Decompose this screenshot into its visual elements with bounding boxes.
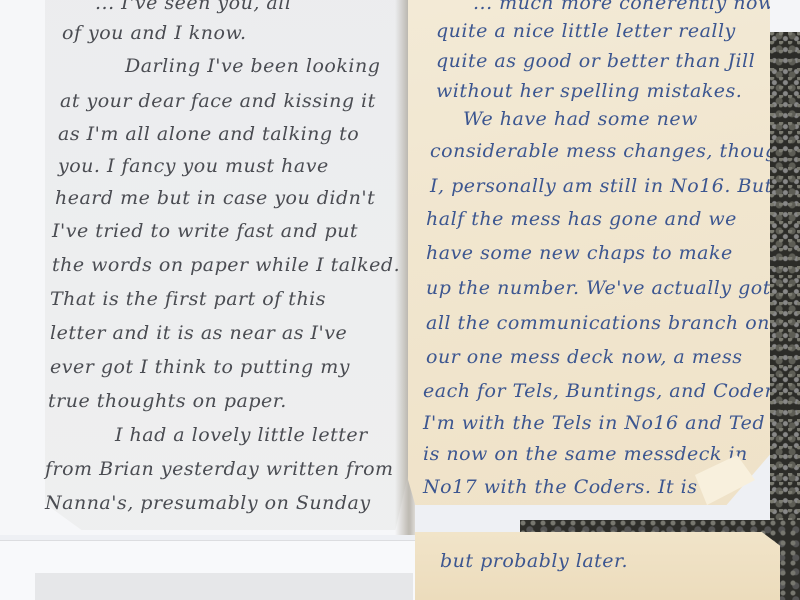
- granite-surface: [770, 32, 800, 600]
- letter-line: half the mess has gone and we: [426, 208, 737, 230]
- letter-line: No17 with the Coders. It is g: [423, 476, 717, 498]
- letter-line: ever got I think to putting my: [50, 356, 350, 378]
- letter-line: from Brian yesterday written from: [45, 458, 394, 480]
- letter-line: Darling I've been looking: [125, 55, 380, 77]
- letter-line: is now on the same messdeck in: [423, 443, 748, 465]
- letter-line: Nanna's, presumably on Sunday: [45, 492, 371, 514]
- letter-line: I've tried to write fast and put: [52, 220, 358, 242]
- letter-line: but probably later.: [440, 550, 628, 572]
- letter-line: all the communications branch on: [426, 312, 770, 334]
- letter-line: the words on paper while I talked.: [52, 254, 400, 276]
- letter-line: That is the first part of this: [50, 288, 326, 310]
- photocopy-area: [35, 573, 413, 600]
- letter-page-lower-left: [0, 540, 415, 600]
- letter-line: of you and I know.: [62, 22, 247, 44]
- letter-line: up the number. We've actually got: [426, 277, 771, 299]
- letter-line: true thoughts on paper.: [48, 390, 287, 412]
- letter-line: I had a lovely little letter: [115, 424, 368, 446]
- letter-line: letter and it is as near as I've: [50, 322, 347, 344]
- letter-line: ... much more coherently now: [473, 0, 775, 14]
- letter-line: heard me but in case you didn't: [55, 187, 375, 209]
- letter-line: quite a nice little letter really: [436, 20, 736, 42]
- letter-line: at your dear face and kissing it: [60, 90, 376, 112]
- letter-line: considerable mess changes, though: [430, 140, 790, 162]
- letter-line: I'm with the Tels in No16 and Ted: [423, 412, 765, 434]
- letter-line: you. I fancy you must have: [58, 155, 329, 177]
- letter-page-lower-right: but probably later.: [415, 532, 780, 600]
- letter-line: have some new chaps to make: [426, 242, 733, 264]
- letter-page-right: ... much more coherently now quite a nic…: [408, 0, 770, 505]
- letter-page-left: ... I've seen you, all of you and I know…: [0, 0, 410, 535]
- letter-line: We have had some new: [463, 108, 698, 130]
- letter-line: without her spelling mistakes.: [436, 80, 742, 102]
- letter-line: as I'm all alone and talking to: [58, 123, 359, 145]
- background-paper-edge: [770, 0, 800, 32]
- letter-line: our one mess deck now, a mess: [426, 346, 743, 368]
- letter-line: quite as good or better than Jill: [436, 50, 755, 72]
- letter-line: each for Tels, Buntings, and Coders: [423, 380, 784, 402]
- letter-line: ... I've seen you, all: [95, 0, 291, 14]
- letter-line: I, personally am still in No16. But: [430, 175, 773, 197]
